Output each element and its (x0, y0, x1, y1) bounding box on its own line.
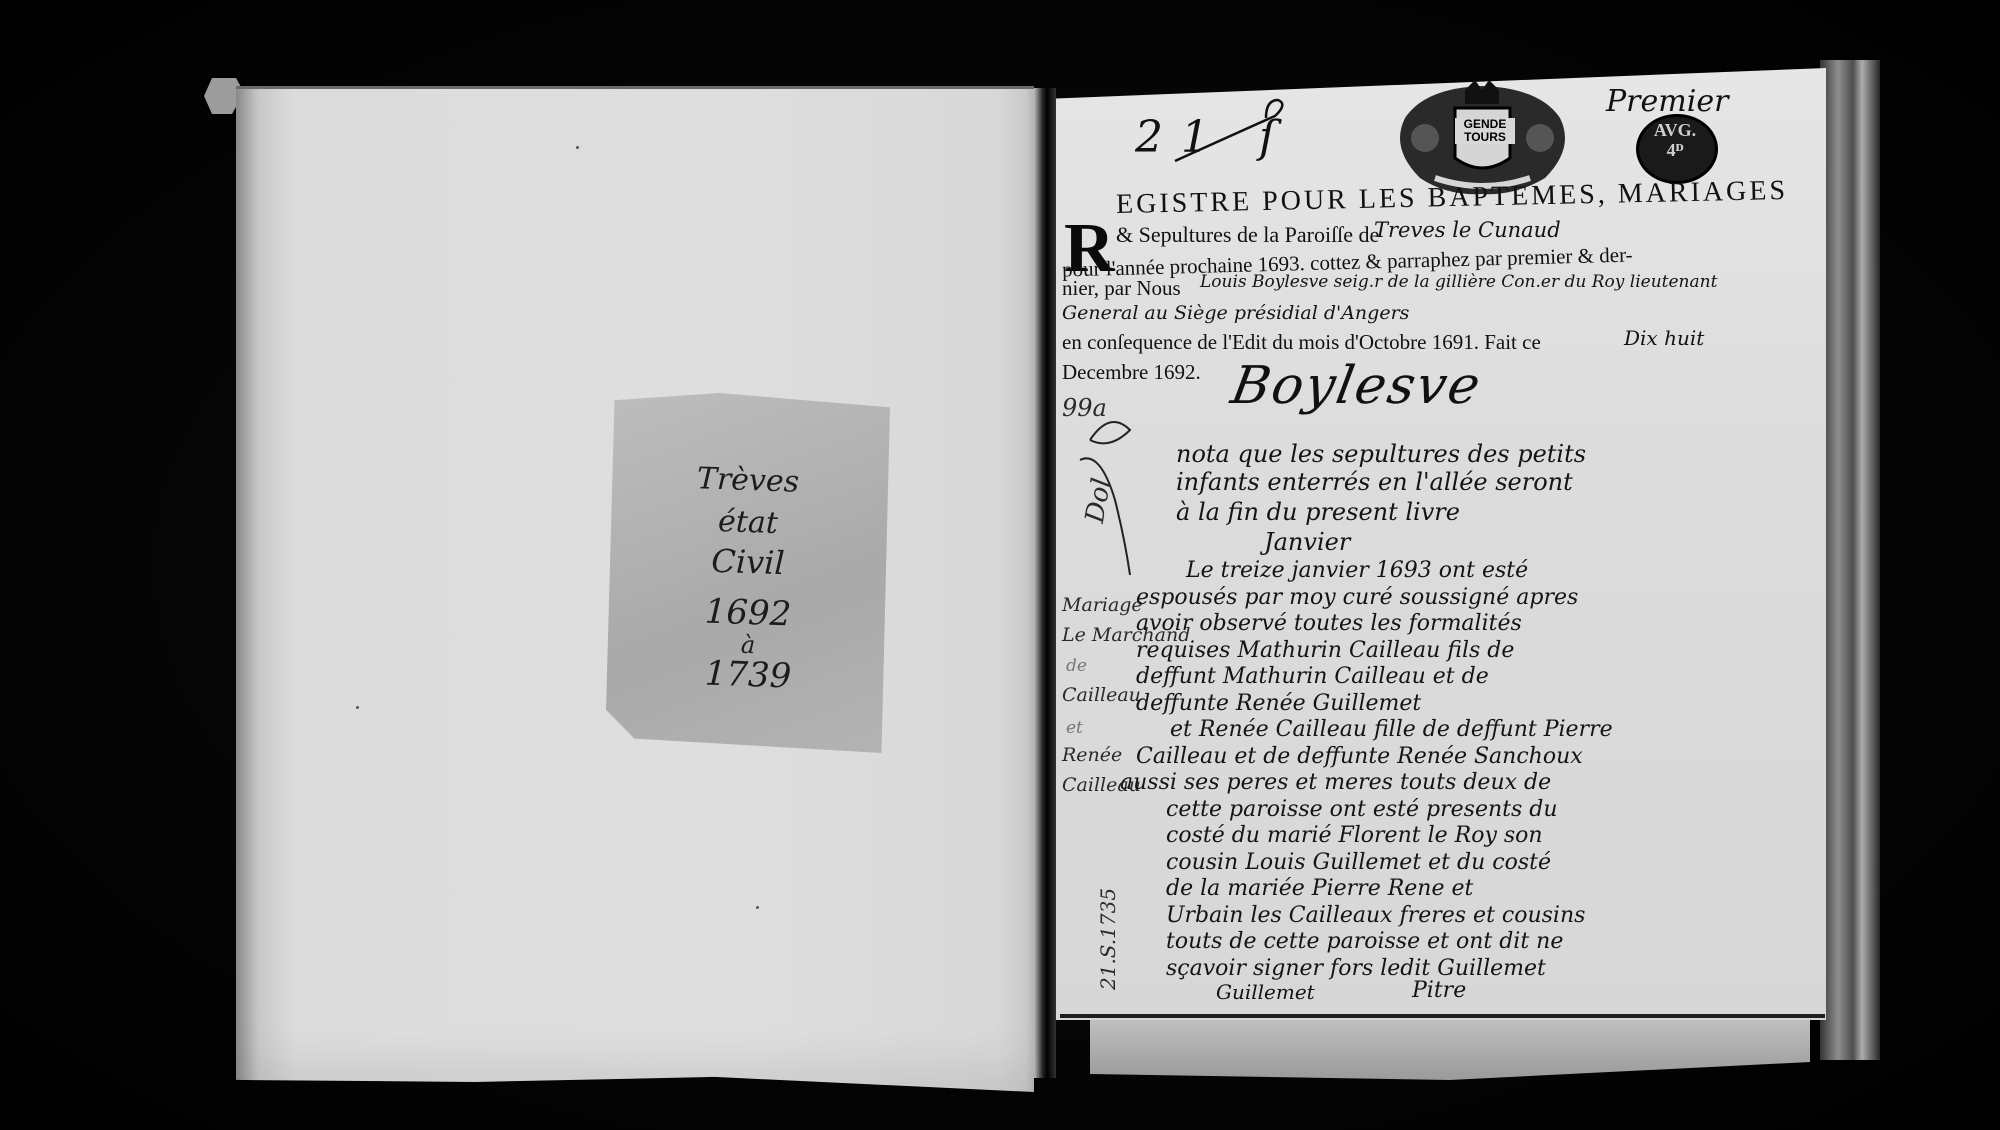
archive-label-slip: Trèves état Civil 1692 à 1739 (606, 393, 890, 753)
signature-pitre: Pitre (1412, 978, 1466, 1003)
record-line: cette paroisse ont esté presents du (1166, 797, 1558, 822)
header-line-edict: en conſequence de l'Edit du mois d'Octob… (1062, 330, 1541, 355)
margin-marriage-label: Renée (1062, 744, 1122, 766)
record-line: avoir observé toutes les formalités (1136, 611, 1522, 636)
paper-speck (356, 706, 359, 709)
page-edge (236, 86, 1034, 89)
document-viewer: Trèves état Civil 1692 à 1739 21 ſ GENDE… (0, 0, 2000, 1130)
record-line: costé du marié Florent le Roy son (1166, 823, 1543, 848)
day-written: Dix huit (1624, 326, 1704, 350)
signature-guillemet: Guillemet (1216, 980, 1315, 1004)
record-line: Cailleau et de deffunte Renée Sanchoux (1136, 744, 1583, 769)
signature-boylesve: Boylesve (1227, 356, 1487, 416)
seal-inscription: AVG. 4ᴰ (1643, 120, 1707, 160)
record-line: requises Mathurin Cailleau fils de (1136, 638, 1514, 663)
record-line: sçavoir signer fors ledit Guillemet (1166, 956, 1546, 981)
seal-line: AVG. (1643, 120, 1707, 140)
record-line: cousin Louis Guillemet et du costé (1166, 850, 1551, 875)
crest-line: TOURS (1455, 131, 1515, 144)
record-line: espousés par moy curé soussigné apres (1136, 585, 1578, 610)
month-heading: Janvier (1264, 528, 1350, 556)
paper-speck (756, 906, 759, 909)
page-stack-edge (1820, 60, 1880, 1060)
label-line-civil: Civil (605, 538, 890, 586)
parish-name: Treves le Cunaud (1374, 218, 1561, 242)
record-line: deffunt Mathurin Cailleau et de (1136, 664, 1489, 689)
paper-speck (576, 146, 579, 149)
margin-marriage-label: de (1066, 656, 1087, 676)
header-line-nous: nier, par Nous (1062, 276, 1181, 301)
page-bottom-edge (1060, 1014, 1825, 1018)
margin-marriage-label: et (1066, 718, 1083, 738)
seal-line: 4ᴰ (1643, 140, 1707, 160)
header-line-parish: & Sepultures de la Paroiſſe de (1116, 222, 1379, 248)
note-line: nota que les sepultures des petits (1176, 440, 1586, 468)
record-line: deffunte Renée Guillemet (1136, 691, 1421, 716)
record-line: Urbain les Cailleaux freres et cousins (1166, 903, 1585, 928)
record-line: Le treize janvier 1693 ont esté (1186, 558, 1528, 583)
book-spine (1034, 88, 1056, 1078)
margin-marriage-label: Cailleau (1062, 684, 1141, 706)
header-line-date: Decembre 1692. (1062, 360, 1201, 385)
official-name: Louis Boylesve seig.r de la gillière Con… (1200, 272, 1717, 292)
label-line-etat: état (605, 500, 890, 545)
note-line: infants enterrés en l'allée seront (1176, 468, 1573, 496)
binding-strip (1090, 1020, 1810, 1080)
record-line: touts de cette paroisse et ont dit ne (1166, 929, 1563, 954)
record-line: et Renée Cailleau fille de deffunt Pierr… (1170, 717, 1613, 742)
label-line-commune: Trèves (605, 458, 890, 503)
flourish-icon (1170, 96, 1290, 166)
margin-marriage-label: Mariage (1062, 594, 1143, 616)
margin-vertical-date: 21.S.1735 (1096, 888, 1120, 990)
crest-inscription: GENDE TOURS (1455, 118, 1515, 144)
note-line: à la fin du present livre (1176, 498, 1460, 526)
record-line: de la mariée Pierre Rene et (1166, 876, 1473, 901)
official-title: General au Siège présidial d'Angers (1062, 302, 1409, 324)
label-year-end: 1739 (605, 650, 890, 700)
top-right-annotation: Premier (1606, 84, 1728, 119)
record-line: aussi ses peres et meres touts deux de (1120, 770, 1551, 795)
